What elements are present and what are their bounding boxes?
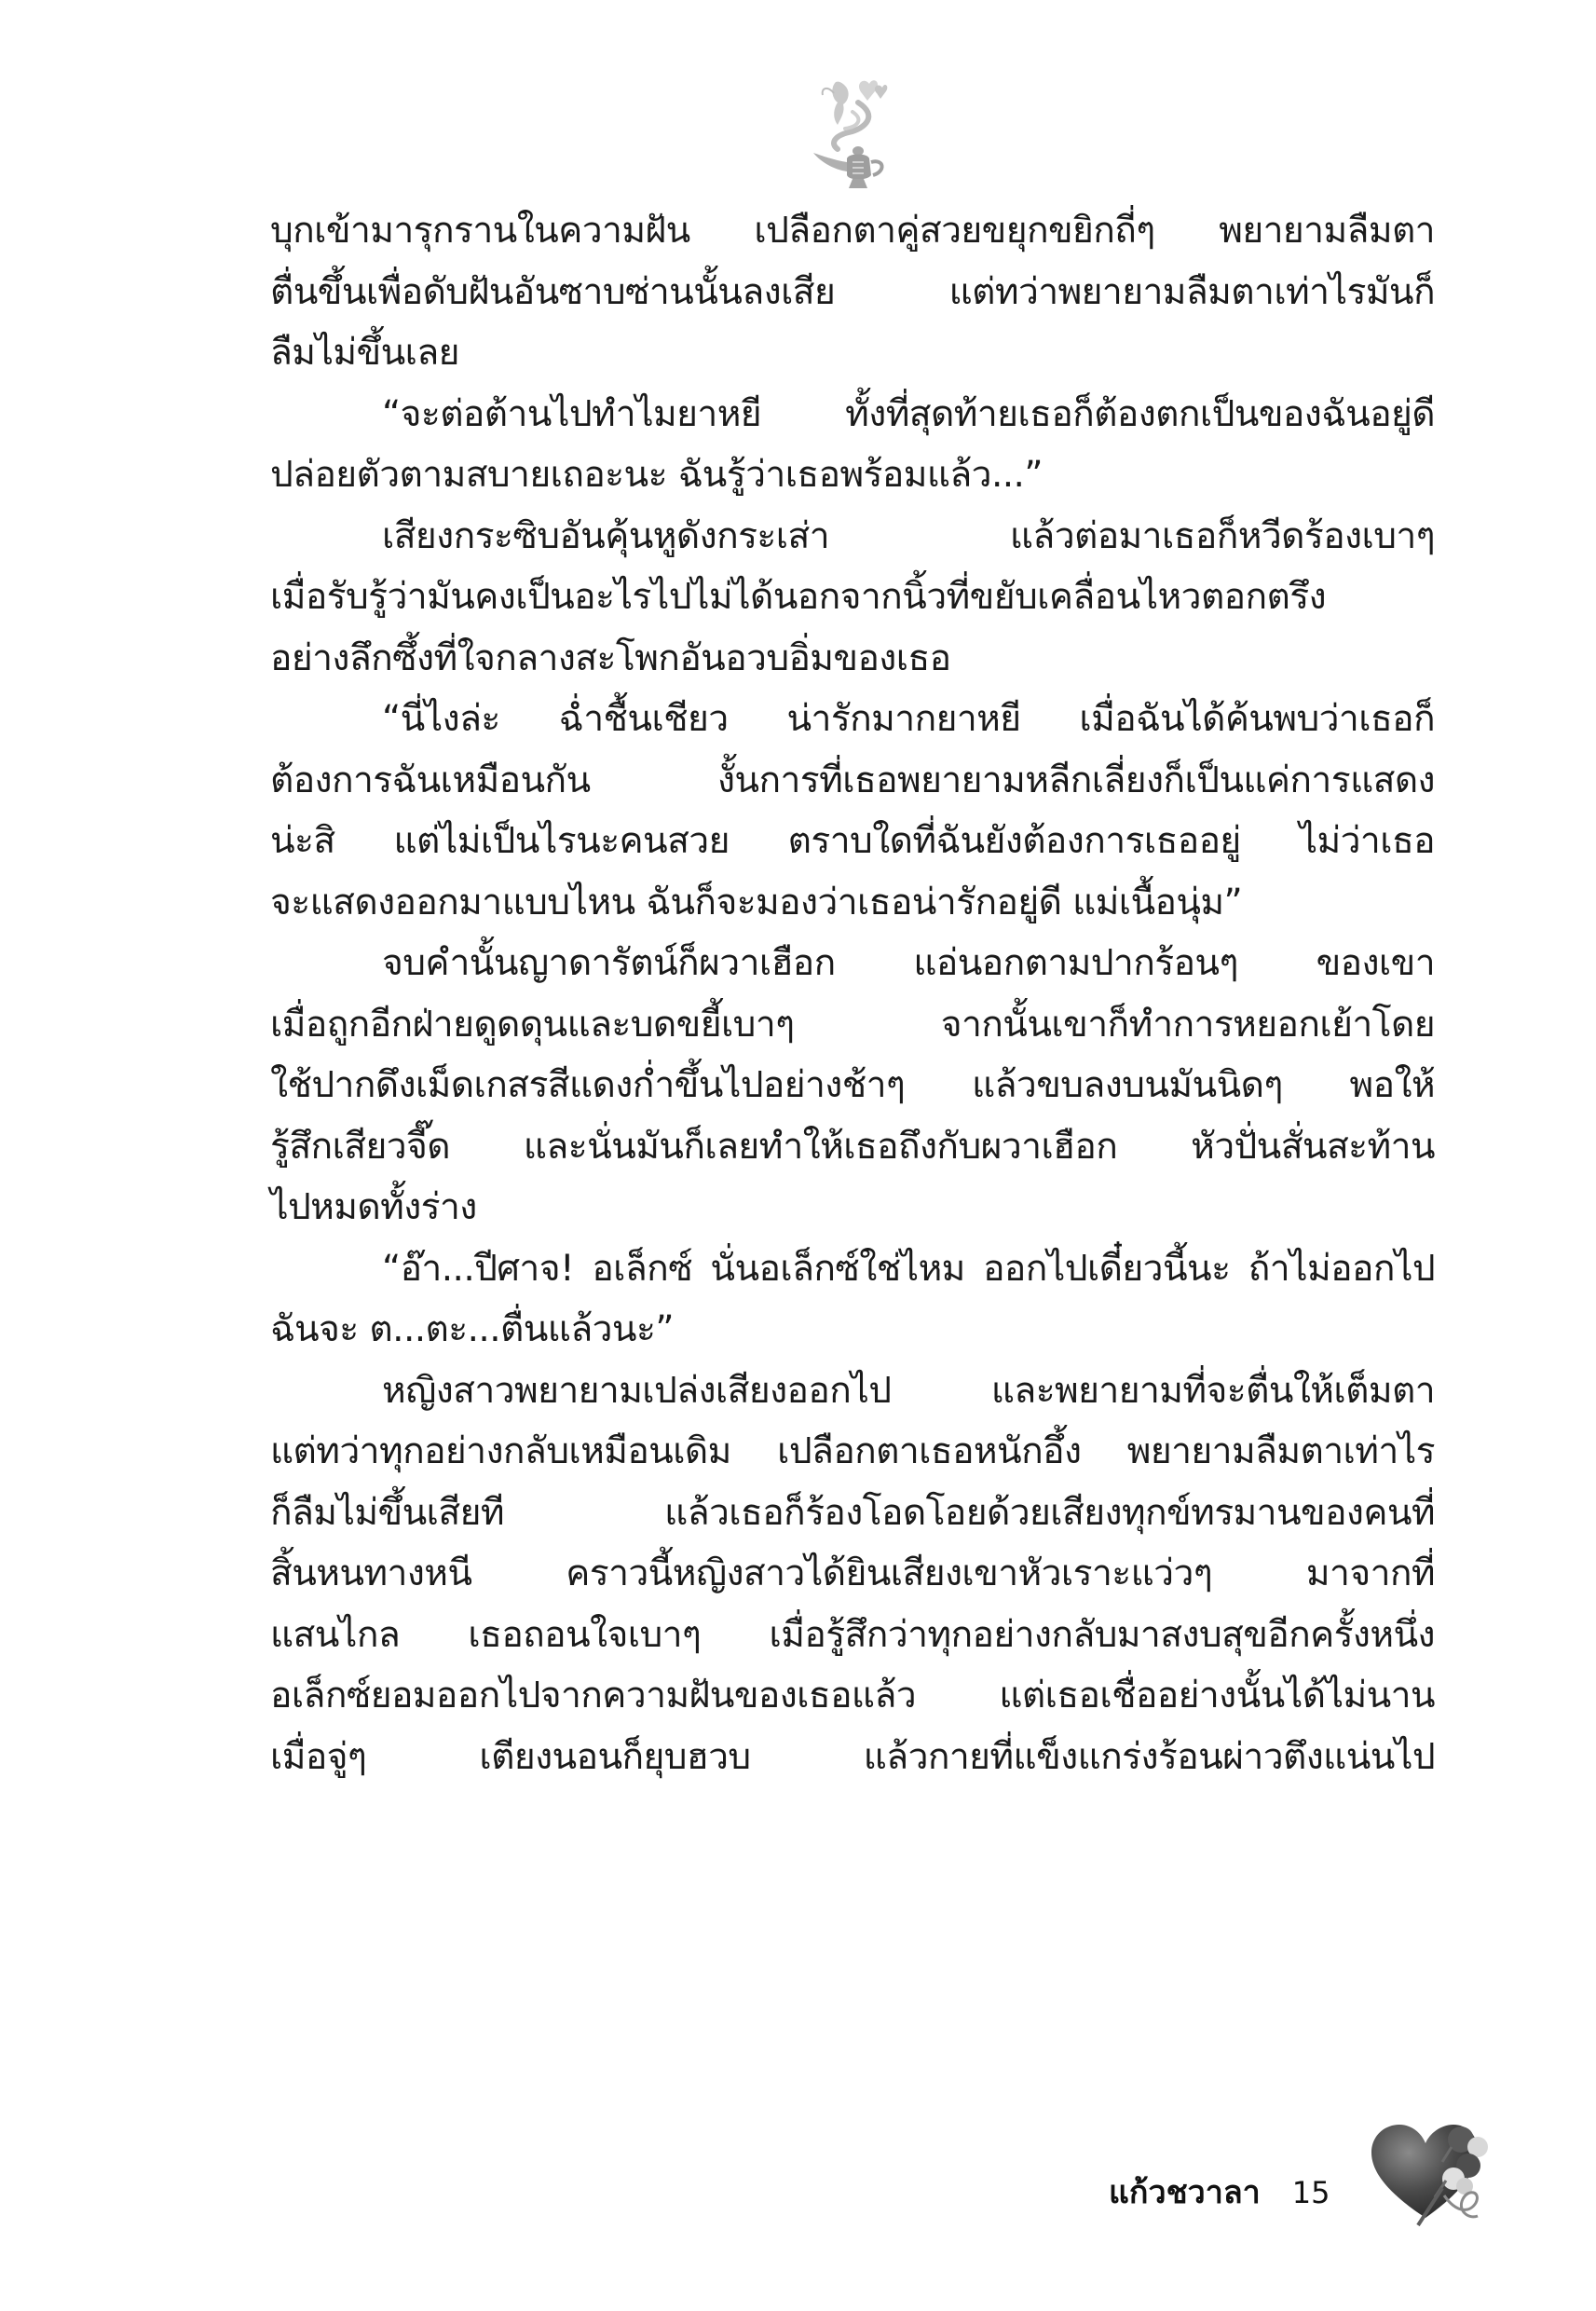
paragraph: จบคำนั้นญาดารัตน์ก็ผวาเฮือก แอ่นอกตามปาก… [270,933,1435,1238]
text-line: น่ะสิ แต่ไม่เป็นไรนะคนสวย ตราบใดที่ฉันยั… [270,811,1435,872]
paragraph: “นี่ไงล่ะ ฉ่ำชื้นเชียว น่ารักมากยาหยี เม… [270,689,1435,933]
text-line: แต่ทว่าทุกอย่างกลับเหมือนเดิม เปลือกตาเธ… [270,1421,1435,1483]
text-line: จะแสดงออกมาแบบไหน ฉันก็จะมองว่าเธอน่ารัก… [270,872,1435,934]
text-line: “จะต่อต้านไปทำไมยาหยี ทั้งที่สุดท้ายเธอก… [270,384,1435,445]
text-line: รู้สึกเสียวจี๊ด และนั่นมันก็เลยทำให้เธอถ… [270,1116,1435,1178]
text-line: ต้องการฉันเหมือนกัน งั้นการที่เธอพยายามห… [270,750,1435,812]
text-line: เมื่อจู่ๆ เตียงนอนก็ยุบฮวบ แล้วกายที่แข็… [270,1727,1435,1788]
text-line: อเล็กซ์ยอมออกไปจากความฝันของเธอแล้ว แต่เ… [270,1665,1435,1727]
text-line: อย่างลึกซึ้งที่ใจกลางสะโพกอันอวบอิ่มของเ… [270,628,1435,690]
text-line: ก็ลืมไม่ขึ้นเสียที แล้วเธอก็ร้องโอดโอยด้… [270,1483,1435,1544]
paragraph: หญิงสาวพยายามเปล่งเสียงออกไป และพยายามที… [270,1361,1435,1788]
page-footer: แก้วชวาลา 15 [1109,2167,1330,2217]
text-line: ลืมไม่ขึ้นเลย [270,322,1435,384]
book-title: แก้วชวาลา [1109,2167,1261,2217]
paragraph: บุกเข้ามารุกรานในความฝัน เปลือกตาคู่สวยข… [270,200,1435,384]
text-line: สิ้นหนทางหนี คราวนี้หญิงสาวได้ยินเสียงเข… [270,1543,1435,1605]
text-line: เสียงกระซิบอันคุ้นหูดังกระเส่า แล้วต่อมา… [270,506,1435,567]
heart-roses-icon [1360,2115,1509,2227]
text-line: จบคำนั้นญาดารัตน์ก็ผวาเฮือก แอ่นอกตามปาก… [270,933,1435,994]
text-line: เมื่อรับรู้ว่ามันคงเป็นอะไรไปไม่ได้นอกจา… [270,567,1435,628]
text-line: หญิงสาวพยายามเปล่งเสียงออกไป และพยายามที… [270,1361,1435,1422]
paragraph: “จะต่อต้านไปทำไมยาหยี ทั้งที่สุดท้ายเธอก… [270,384,1435,506]
paragraph: “อ๊า...ปีศาจ! อเล็กซ์ นั่นอเล็กซ์ใช่ไหม … [270,1238,1435,1361]
text-line: “นี่ไงล่ะ ฉ่ำชื้นเชียว น่ารักมากยาหยี เม… [270,689,1435,750]
text-line: “อ๊า...ปีศาจ! อเล็กซ์ นั่นอเล็กซ์ใช่ไหม … [270,1238,1435,1300]
text-line: เมื่อถูกอีกฝ่ายดูดดุนและบดขยี้เบาๆ จากนั… [270,994,1435,1056]
paragraph: เสียงกระซิบอันคุ้นหูดังกระเส่า แล้วต่อมา… [270,506,1435,690]
text-line: ตื่นขึ้นเพื่อดับฝันอันซาบซ่านนั้นลงเสีย … [270,262,1435,323]
book-page: บุกเข้ามารุกรานในความฝัน เปลือกตาคู่สวยข… [0,0,1596,2311]
body-text: บุกเข้ามารุกรานในความฝัน เปลือกตาคู่สวยข… [270,200,1435,1787]
text-line: ฉันจะ ต...ตะ...ตื่นแล้วนะ” [270,1299,1435,1361]
text-line: ไปหมดทั้งร่าง [270,1177,1435,1238]
text-line: แสนไกล เธอถอนใจเบาๆ เมื่อรู้สึกว่าทุกอย่… [270,1605,1435,1666]
text-line: ปล่อยตัวตามสบายเถอะนะ ฉันรู้ว่าเธอพร้อมแ… [270,444,1435,506]
page-number: 15 [1292,2175,1330,2210]
text-line: บุกเข้ามารุกรานในความฝัน เปลือกตาคู่สวยข… [270,200,1435,262]
text-line: ใช้ปากดึงเม็ดเกสรสีแดงก่ำขึ้นไปอย่างช้าๆ… [270,1055,1435,1116]
magic-lamp-cupid-icon [797,75,899,196]
